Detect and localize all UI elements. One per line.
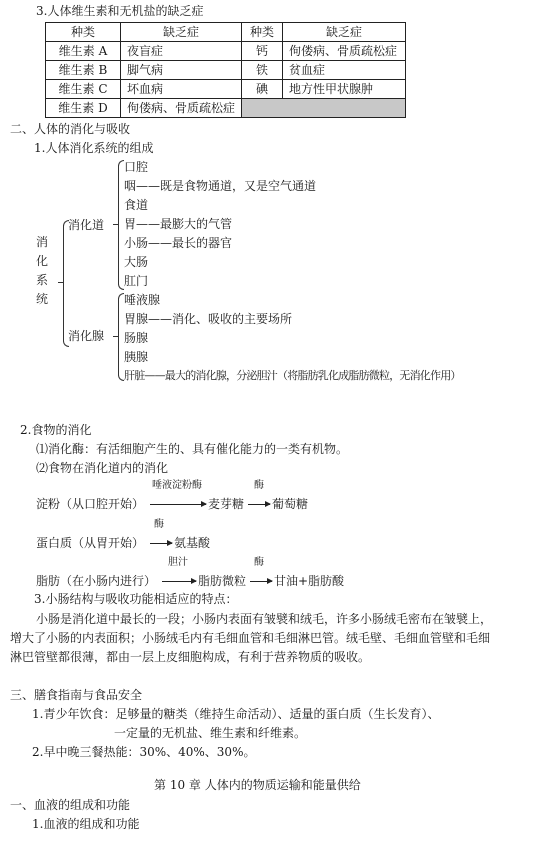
root-brace [63, 220, 69, 347]
fat-start: 脂肪（在小肠内进行） [36, 574, 156, 588]
tract-label: 消化道 [68, 218, 104, 232]
diet-item-1: 1.青少年饮食：足够量的糖类（维持生命活动）、适量的蛋白质（生长发育）、 [32, 707, 439, 721]
blood-subheading: 1.血液的组成和功能 [32, 817, 139, 831]
diet-item-1-cont: 一定量的无机盐、维生素和纤维素。 [114, 726, 306, 740]
starch-enzyme1: 唾液淀粉酶 [152, 479, 202, 493]
fat-enzyme1: 胆汁 [168, 556, 188, 570]
table-cell: 维生素 A [46, 42, 121, 61]
header-type: 种类 [46, 23, 121, 42]
table-cell: 地方性甲状腺肿 [283, 80, 406, 99]
protein-start: 蛋白质（从胃开始） [36, 536, 144, 550]
table-row: 维生素 D 佝偻病、骨质疏松症 [46, 99, 406, 118]
deficiency-table: 种类 缺乏症 种类 缺乏症 维生素 A 夜盲症 钙 佝偻病、骨质疏松症 维生素 … [45, 22, 406, 118]
table-row: 维生素 A 夜盲症 钙 佝偻病、骨质疏松症 [46, 42, 406, 61]
table-cell: 佝偻病、骨质疏松症 [283, 42, 406, 61]
table-cell: 碘 [242, 80, 283, 99]
small-intestine-subheading: 3.小肠结构与吸收功能相适应的特点： [34, 592, 237, 606]
empty-shaded-cell [242, 99, 406, 118]
blood-heading: 一、血液的组成和功能 [10, 798, 130, 812]
tract-item: 胃——最膨大的气管 [124, 217, 232, 231]
table-cell: 夜盲症 [121, 42, 242, 61]
header-disease: 缺乏症 [121, 23, 242, 42]
food-digestion-subheading: 2.食物的消化 [20, 423, 91, 437]
tract-item: 咽——既是食物通道，又是空气通道 [124, 179, 316, 193]
arrow-icon [250, 581, 272, 582]
gland-item: 唾液腺 [124, 293, 160, 307]
diet-item-2: 2.早中晚三餐热能：30%、40%、30%。 [32, 745, 255, 759]
chapter-title: 第 10 章 人体内的物质运输和能量供给 [154, 778, 361, 792]
gland-item: 胰腺 [124, 350, 148, 364]
root-char: 统 [36, 292, 48, 306]
paragraph-line: 增大了小肠的内表面积；小肠绒毛内有毛细血管和毛细淋巴管。绒毛壁、毛细血管壁和毛细 [10, 631, 490, 645]
gland-item: 胃腺——消化、吸收的主要场所 [124, 312, 292, 326]
digestive-system-subheading: 1.人体消化系统的组成 [34, 141, 153, 155]
vitamin-section-heading: 3.人体维生素和无机盐的缺乏症 [36, 4, 203, 18]
glands-label: 消化腺 [68, 329, 104, 343]
root-char: 系 [36, 273, 48, 287]
tract-item: 肛门 [124, 274, 148, 288]
root-char: 化 [36, 254, 48, 268]
table-cell: 维生素 C [46, 80, 121, 99]
root-brace-tip [58, 282, 63, 283]
table-cell: 佝偻病、骨质疏松症 [121, 99, 242, 118]
table-cell: 铁 [242, 61, 283, 80]
fat-mid: 脂肪微粒 [198, 574, 246, 588]
table-cell: 钙 [242, 42, 283, 61]
glands-brace-tip [113, 336, 118, 337]
diet-heading: 三、膳食指南与食品安全 [10, 688, 142, 702]
arrow-icon [162, 581, 196, 582]
table-cell: 坏血病 [121, 80, 242, 99]
table-cell: 维生素 D [46, 99, 121, 118]
fat-enzyme2: 酶 [254, 556, 264, 570]
tract-brace-tip [113, 224, 118, 225]
gland-item: 肝脏——最大的消化腺，分泌胆汁（将脂肪乳化成脂肪微粒，无消化作用） [124, 369, 461, 383]
header-type: 种类 [242, 23, 283, 42]
table-row: 维生素 C 坏血病 碘 地方性甲状腺肿 [46, 80, 406, 99]
table-row: 维生素 B 脚气病 铁 贫血症 [46, 61, 406, 80]
arrow-icon [150, 543, 172, 544]
tract-item: 口腔 [124, 160, 148, 174]
tract-item: 大肠 [124, 255, 148, 269]
root-char: 消 [36, 235, 48, 249]
starch-mid: 麦芽糖 [208, 497, 244, 511]
arrow-icon [248, 504, 270, 505]
starch-end: 葡萄糖 [272, 497, 308, 511]
enzyme-definition: ⑴消化酶：有活细胞产生的、具有催化能力的一类有机物。 [36, 442, 348, 456]
protein-enzyme: 酶 [154, 518, 164, 532]
gland-item: 肠腺 [124, 331, 148, 345]
table-header-row: 种类 缺乏症 种类 缺乏症 [46, 23, 406, 42]
protein-end: 氨基酸 [174, 536, 210, 550]
paragraph-line: 淋巴管壁都很薄，都由一层上皮细胞构成，有利于营养物质的吸收。 [10, 650, 370, 664]
fat-end: 甘油+脂肪酸 [274, 574, 344, 588]
tract-item: 食道 [124, 198, 148, 212]
digestion-heading: 二、人体的消化与吸收 [10, 122, 130, 136]
header-disease: 缺乏症 [283, 23, 406, 42]
tract-item: 小肠——最长的器官 [124, 236, 232, 250]
table-cell: 维生素 B [46, 61, 121, 80]
starch-enzyme2: 酶 [254, 479, 264, 493]
arrow-icon [150, 504, 206, 505]
table-cell: 贫血症 [283, 61, 406, 80]
table-cell: 脚气病 [121, 61, 242, 80]
process-title: ⑵食物在消化道内的消化 [36, 461, 168, 475]
paragraph-line: 小肠是消化道中最长的一段；小肠内表面有皱襞和绒毛，许多小肠绒毛密布在皱襞上， [36, 612, 492, 626]
starch-start: 淀粉（从口腔开始） [36, 497, 144, 511]
